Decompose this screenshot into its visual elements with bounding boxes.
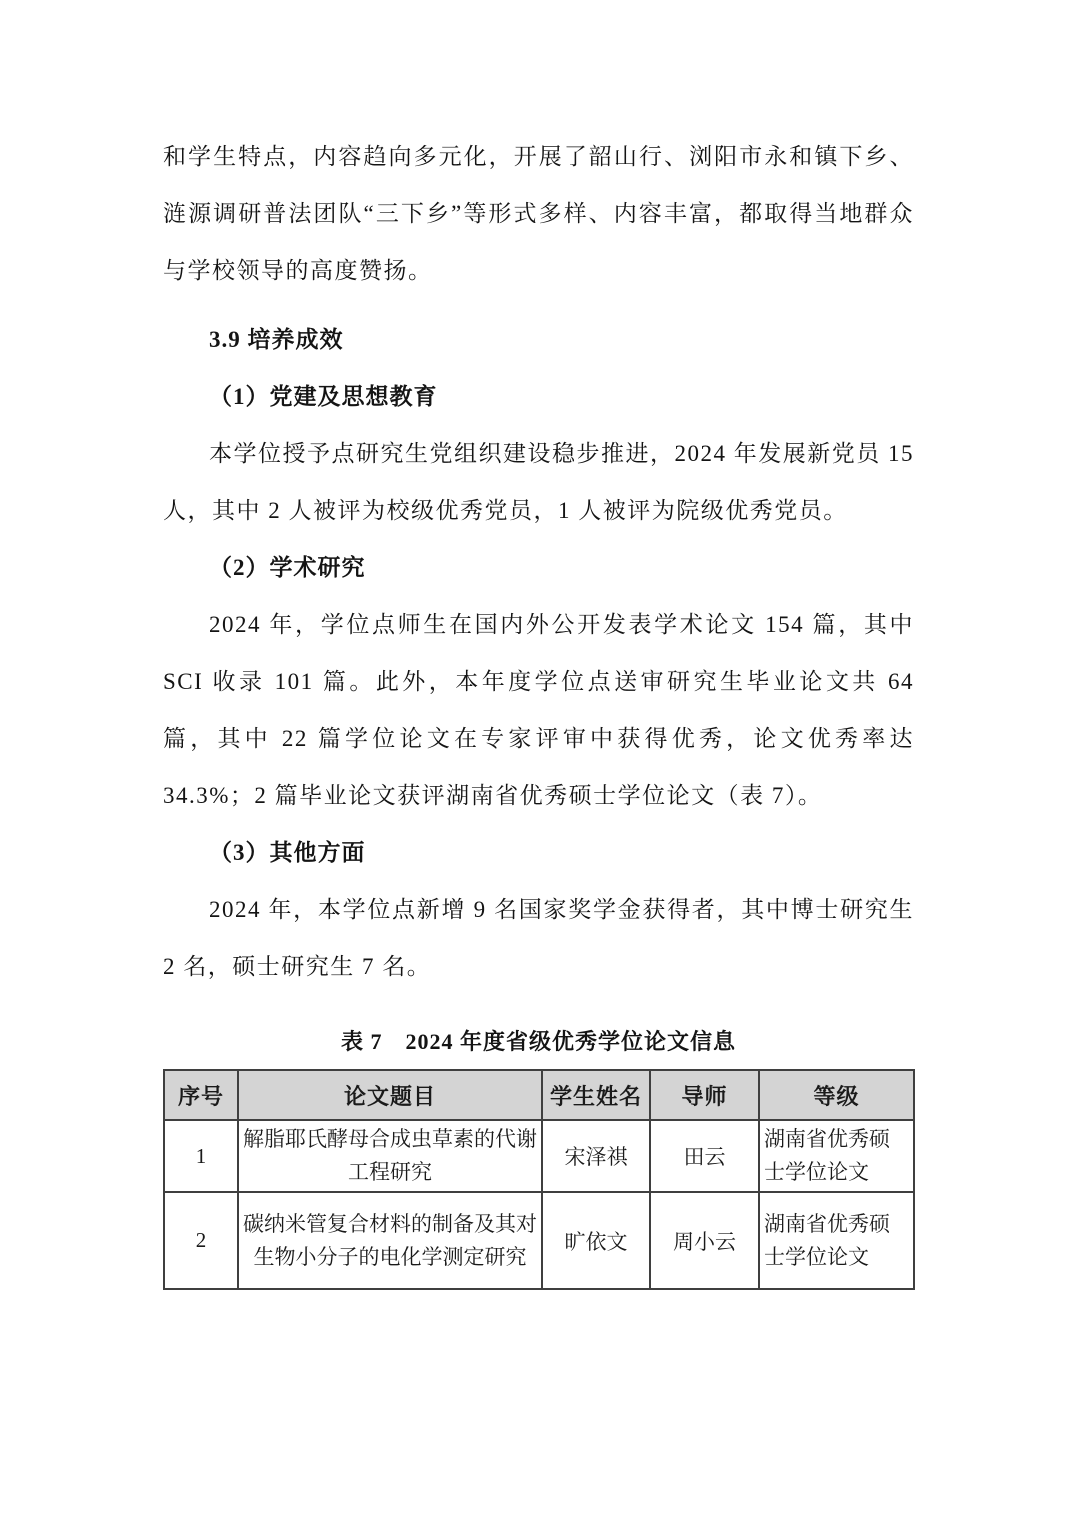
- subsection-heading-academic-research: （2）学术研究: [163, 539, 914, 596]
- table-header-grade: 等级: [759, 1070, 914, 1120]
- section-heading-3-9: 3.9 培养成效: [163, 311, 914, 368]
- subsection-heading-party-building: （1）党建及思想教育: [163, 368, 914, 425]
- document-page: 和学生特点，内容趋向多元化，开展了韶山行、浏阳市永和镇下乡、涟源调研普法团队“三…: [0, 0, 1074, 1520]
- cell-student-name: 宋泽祺: [542, 1120, 650, 1192]
- table-header-thesis-title: 论文题目: [238, 1070, 542, 1120]
- cell-grade: 湖南省优秀硕士学位论文: [759, 1192, 914, 1289]
- table-row: 1 解脂耶氏酵母合成虫草素的代谢工程研究 宋泽祺 田云 湖南省优秀硕士学位论文: [164, 1120, 914, 1192]
- paragraph-academic-research: 2024 年，学位点师生在国内外公开发表学术论文 154 篇，其中 SCI 收录…: [163, 596, 914, 824]
- paragraph-other-aspects: 2024 年，本学位点新增 9 名国家奖学金获得者，其中博士研究生 2 名，硕士…: [163, 881, 914, 995]
- intro-paragraph: 和学生特点，内容趋向多元化，开展了韶山行、浏阳市永和镇下乡、涟源调研普法团队“三…: [163, 128, 914, 299]
- table-header-row: 序号 论文题目 学生姓名 导师 等级: [164, 1070, 914, 1120]
- cell-thesis-title: 解脂耶氏酵母合成虫草素的代谢工程研究: [238, 1120, 542, 1192]
- table-header-student-name: 学生姓名: [542, 1070, 650, 1120]
- cell-seq: 2: [164, 1192, 238, 1289]
- cell-student-name: 旷依文: [542, 1192, 650, 1289]
- table-header-seq: 序号: [164, 1070, 238, 1120]
- cell-supervisor: 田云: [650, 1120, 759, 1192]
- cell-seq: 1: [164, 1120, 238, 1192]
- table-header-supervisor: 导师: [650, 1070, 759, 1120]
- paragraph-party-building: 本学位授予点研究生党组织建设稳步推进，2024 年发展新党员 15 人，其中 2…: [163, 425, 914, 539]
- table-row: 2 碳纳米管复合材料的制备及其对生物小分子的电化学测定研究 旷依文 周小云 湖南…: [164, 1192, 914, 1289]
- table-caption: 表 7 2024 年度省级优秀学位论文信息: [163, 1022, 914, 1062]
- cell-supervisor: 周小云: [650, 1192, 759, 1289]
- excellent-thesis-table: 序号 论文题目 学生姓名 导师 等级 1 解脂耶氏酵母合成虫草素的代谢工程研究 …: [163, 1069, 915, 1290]
- cell-thesis-title: 碳纳米管复合材料的制备及其对生物小分子的电化学测定研究: [238, 1192, 542, 1289]
- subsection-heading-other-aspects: （3）其他方面: [163, 824, 914, 881]
- cell-grade: 湖南省优秀硕士学位论文: [759, 1120, 914, 1192]
